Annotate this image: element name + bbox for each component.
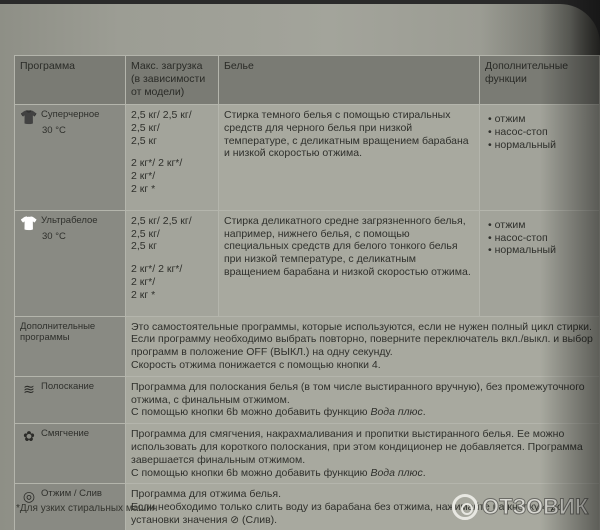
program-temp: 30 °C	[20, 231, 120, 243]
program-description: Программа для смягчения, накрахмаливания…	[126, 424, 600, 484]
program-name: Полоскание	[41, 381, 94, 393]
description-line: С помощью кнопки 6b можно добавить функц…	[131, 406, 594, 419]
load-value: 2 кг*/ 2 кг*/	[131, 263, 213, 276]
function-item: насос-стоп	[497, 126, 594, 139]
watermark-text: ОТЗОВИК	[482, 494, 588, 520]
header-functions: Дополнительные функции	[480, 56, 600, 105]
program-label: ◎Отжим / Слив	[20, 488, 120, 504]
function-item: отжим	[497, 113, 594, 126]
load-value: 2,5 кг/	[131, 228, 213, 241]
dark-shirt-icon: 👕	[20, 109, 38, 125]
functions-cell: отжимнасос-стопнормальный	[480, 210, 600, 316]
manual-page: Программа Макс. загрузка (в зависимости …	[0, 4, 600, 530]
program-name: Отжим / Слив	[41, 488, 102, 500]
program-description: Программа для полоскания белья (в том чи…	[126, 376, 600, 423]
load-value: 2,5 кг/	[131, 122, 213, 135]
header-laundry: Белье	[219, 56, 480, 105]
load-value: 2,5 кг/ 2,5 кг/	[131, 109, 213, 122]
footnote: *Для узких стиральных машин	[16, 503, 157, 514]
functions-cell: отжимнасос-стопнормальный	[480, 105, 600, 211]
laundry-description: Стирка деликатного средне загрязненного …	[219, 210, 480, 316]
spin-drain-icon: ◎	[20, 488, 38, 504]
load-value: 2,5 кг	[131, 240, 213, 253]
description-line: Программа для полоскания белья (в том чи…	[131, 381, 594, 407]
program-cell: 👕Суперчерное30 °C	[15, 105, 126, 211]
load-group: 2 кг*/ 2 кг*/2 кг*/2 кг *	[131, 263, 213, 301]
header-program: Программа	[15, 56, 126, 105]
extra-programs-text: Это самостоятельные программы, которые и…	[126, 316, 600, 376]
program-name: Ультрабелое	[41, 215, 98, 227]
program-name: Смягчение	[41, 428, 89, 440]
program-label: ✿Смягчение	[20, 428, 120, 444]
program-name: Дополнительные программы	[15, 316, 126, 376]
header-load: Макс. загрузка (в зависимости от модели)	[126, 56, 219, 105]
load-value: 2,5 кг/ 2,5 кг/	[131, 215, 213, 228]
function-name: Вода плюс	[370, 467, 422, 479]
load-value: 2 кг*/ 2 кг*/	[131, 157, 213, 170]
table-row: ✿СмягчениеПрограмма для смягчения, накра…	[15, 424, 600, 484]
table-row-extra-programs: Дополнительные программы Это самостоятел…	[15, 316, 600, 376]
table-header-row: Программа Макс. загрузка (в зависимости …	[15, 56, 600, 105]
program-name: Суперчерное	[41, 109, 99, 121]
otzovik-logo-icon	[452, 494, 478, 520]
softener-icon: ✿	[20, 428, 38, 444]
white-shirt-icon: 👕	[20, 215, 38, 231]
program-cell: ✿Смягчение	[15, 424, 126, 484]
function-item: насос-стоп	[497, 232, 594, 245]
load-value: 2 кг*/	[131, 170, 213, 183]
table-row: 👕Ультрабелое30 °C2,5 кг/ 2,5 кг/2,5 кг/2…	[15, 210, 600, 316]
table-row: ≋ПолосканиеПрограмма для полоскания бель…	[15, 376, 600, 423]
functions-list: отжимнасос-стопнормальный	[485, 219, 594, 257]
description-line: Программа для смягчения, накрахмаливания…	[131, 428, 594, 466]
watermark-logo: ОТЗОВИК	[452, 494, 588, 520]
load-group: 2,5 кг/ 2,5 кг/2,5 кг/2,5 кг	[131, 215, 213, 253]
functions-list: отжимнасос-стопнормальный	[485, 113, 594, 151]
rinse-icon: ≋	[20, 381, 38, 397]
load-group: 2 кг*/ 2 кг*/2 кг*/2 кг *	[131, 157, 213, 195]
program-cell: ≋Полоскание	[15, 376, 126, 423]
program-temp: 30 °C	[20, 125, 120, 137]
program-table: Программа Макс. загрузка (в зависимости …	[14, 55, 600, 530]
load-value: 2,5 кг	[131, 135, 213, 148]
program-label: ≋Полоскание	[20, 381, 120, 397]
description-line: С помощью кнопки 6b можно добавить функц…	[131, 467, 594, 480]
function-item: нормальный	[497, 139, 594, 152]
tail-text: С помощью кнопки 6b можно добавить функц…	[131, 406, 370, 418]
tail-suffix: .	[423, 467, 426, 479]
program-label: 👕Ультрабелое	[20, 215, 120, 231]
function-item: нормальный	[497, 244, 594, 257]
load-cell: 2,5 кг/ 2,5 кг/2,5 кг/2,5 кг2 кг*/ 2 кг*…	[126, 105, 219, 211]
load-group: 2,5 кг/ 2,5 кг/2,5 кг/2,5 кг	[131, 109, 213, 147]
load-value: 2 кг*/	[131, 276, 213, 289]
load-cell: 2,5 кг/ 2,5 кг/2,5 кг/2,5 кг2 кг*/ 2 кг*…	[126, 210, 219, 316]
extra-line: Это самостоятельные программы, которые и…	[131, 321, 594, 334]
load-value: 2 кг *	[131, 289, 213, 302]
tail-suffix: .	[423, 406, 426, 418]
laundry-description: Стирка темного белья с помощью стиральны…	[219, 105, 480, 211]
program-cell: 👕Ультрабелое30 °C	[15, 210, 126, 316]
load-value: 2 кг *	[131, 183, 213, 196]
extra-line: Если программу необходимо выбрать повтор…	[131, 333, 594, 359]
function-name: Вода плюс	[370, 406, 422, 418]
extra-line: Скорость отжима понижается с помощью кно…	[131, 359, 594, 372]
tail-text: С помощью кнопки 6b можно добавить функц…	[131, 467, 370, 479]
function-item: отжим	[497, 219, 594, 232]
table-row: 👕Суперчерное30 °C2,5 кг/ 2,5 кг/2,5 кг/2…	[15, 105, 600, 211]
program-label: 👕Суперчерное	[20, 109, 120, 125]
